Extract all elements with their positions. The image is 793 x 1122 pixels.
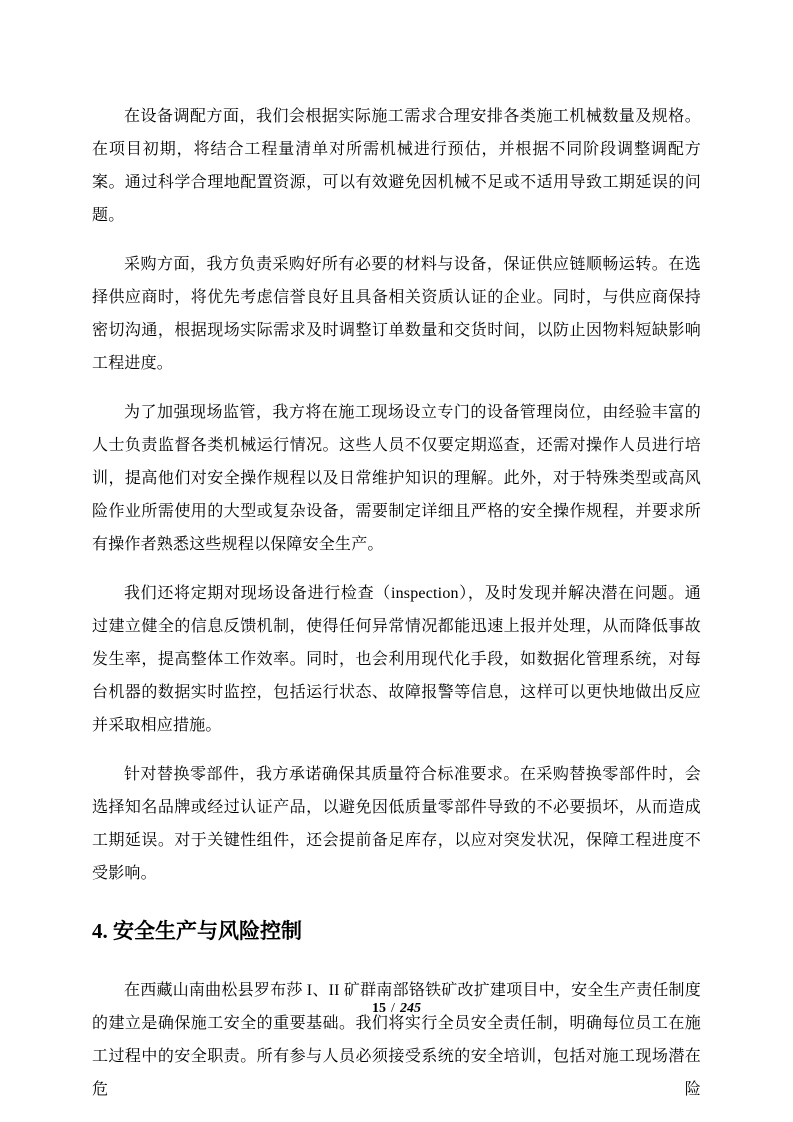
document-content: 在设备调配方面，我们会根据实际施工需求合理安排各类施工机械数量及规格。在项目初期… xyxy=(92,100,701,1106)
paragraph-procurement: 采购方面，我方负责采购好所有必要的材料与设备，保证供应链顺畅运转。在选择供应商时… xyxy=(92,248,701,380)
page-number-footer: 15/245 xyxy=(0,999,793,1019)
paragraph-equipment-allocation: 在设备调配方面，我们会根据实际施工需求合理安排各类施工机械数量及规格。在项目初期… xyxy=(92,100,701,232)
paragraph-inspection: 我们还将定期对现场设备进行检查（inspection），及时发现并解决潜在问题。… xyxy=(92,577,701,742)
total-page-count: 245 xyxy=(400,1001,421,1016)
paragraph-safety-responsibility: 在西藏山南曲松县罗布莎 I、II 矿群南部铬铁矿改扩建项目中，安全生产责任制度的… xyxy=(92,974,701,1106)
paragraph-spare-parts: 针对替换零部件，我方承诺确保其质量符合标准要求。在采购替换零部件时，会选择知名品… xyxy=(92,758,701,890)
paragraph-site-supervision: 为了加强现场监管，我方将在施工现场设立专门的设备管理岗位，由经验丰富的人士负责监… xyxy=(92,396,701,561)
page-number-separator: / xyxy=(391,1001,395,1016)
document-page: 在设备调配方面，我们会根据实际施工需求合理安排各类施工机械数量及规格。在项目初期… xyxy=(0,0,793,1122)
section-heading-safety: 4. 安全生产与风险控制 xyxy=(92,916,701,946)
current-page-number: 15 xyxy=(372,1001,386,1016)
